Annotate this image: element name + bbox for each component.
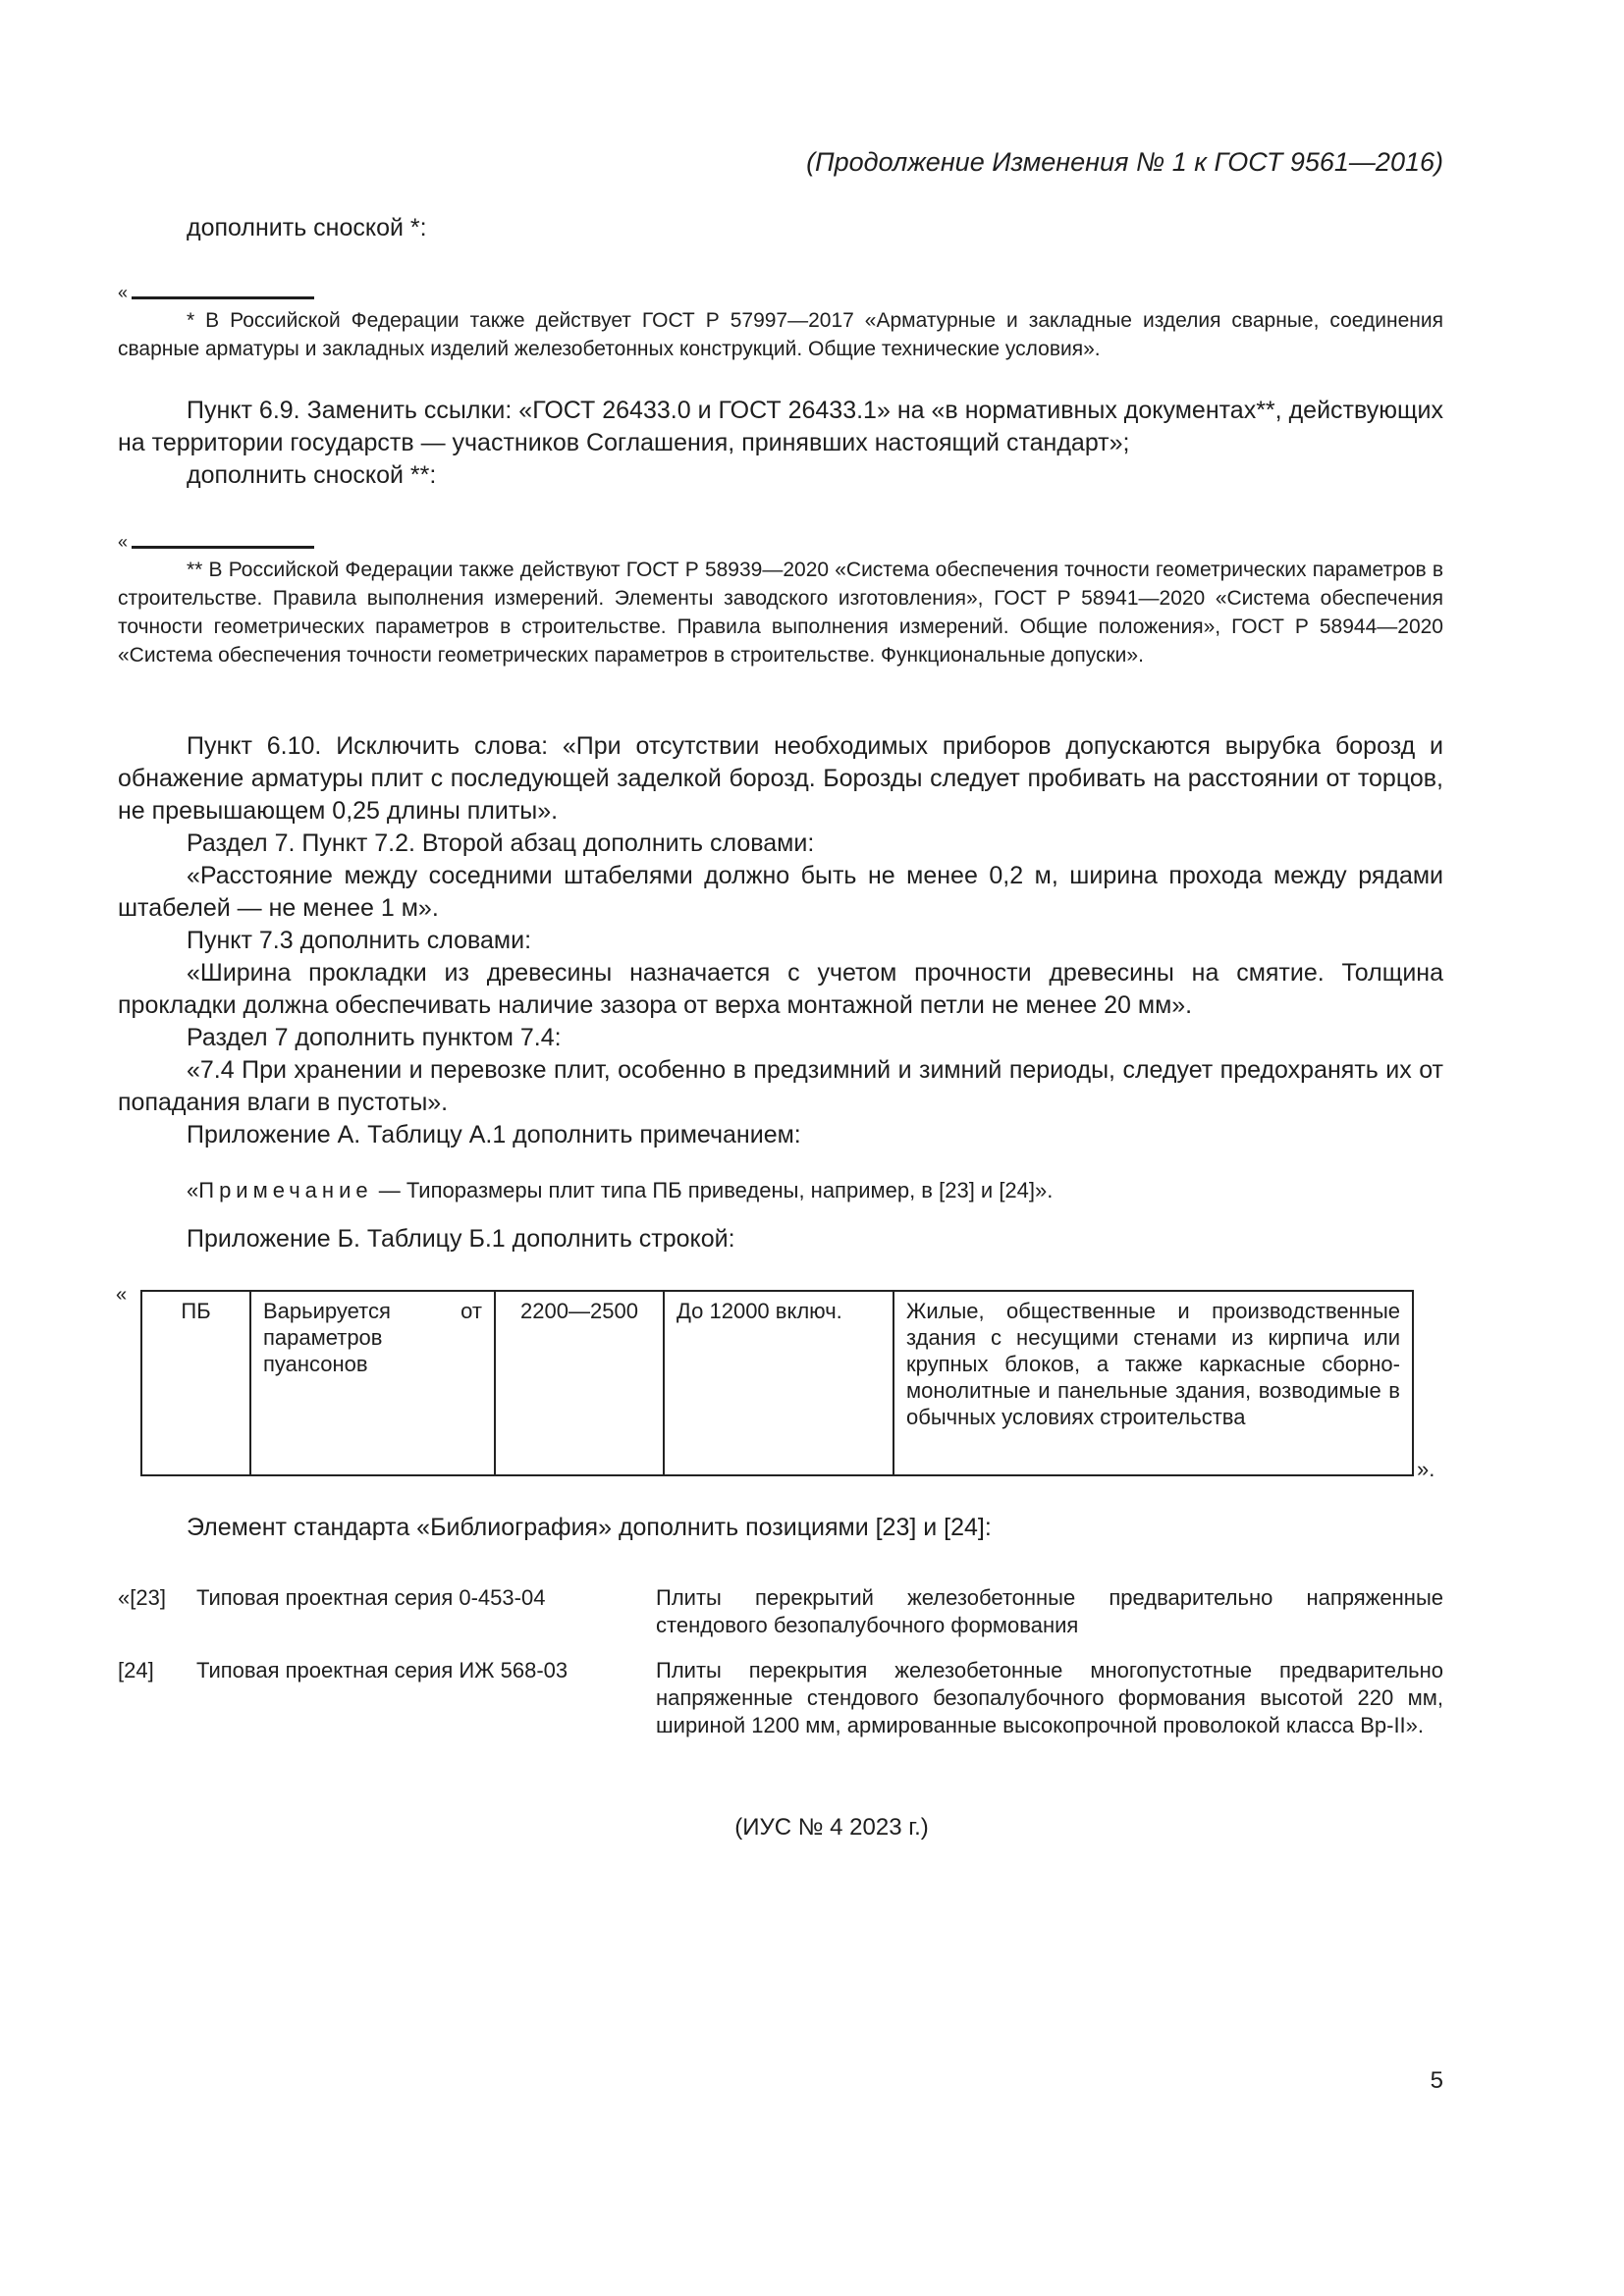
note-text: — Типоразмеры плит типа ПБ приведены, на… [373, 1178, 1054, 1202]
bib-item-24-number: [24] [118, 1657, 154, 1684]
note-open-quote: « [187, 1178, 198, 1202]
appendix-a-note: «Примечание — Типоразмеры плит типа ПБ п… [187, 1176, 1053, 1205]
appendix-b-heading: Приложение Б. Таблицу Б.1 дополнить стро… [118, 1223, 1443, 1255]
bib-item-24-series: Типовая проектная серия ИЖ 568-03 [196, 1657, 568, 1684]
note-label: Примечание [198, 1178, 372, 1202]
cell-application: Жилые, общественные и производственные з… [893, 1291, 1413, 1475]
paragraph-6-9: Пункт 6.9. Заменить ссылки: «ГОСТ 26433.… [118, 395, 1443, 459]
bib-item-23-description: Плиты перекрытий железобетонные предвари… [656, 1584, 1443, 1639]
open-quote: « [118, 283, 128, 303]
footnote-separator-line [132, 296, 314, 299]
paragraph-7-4-text: «7.4 При хранении и перевозке плит, особ… [118, 1054, 1443, 1119]
add-footnote-2: дополнить сноской **: [118, 459, 1443, 492]
page-number: 5 [1431, 2067, 1443, 2095]
cell-type: ПБ [141, 1291, 250, 1475]
footnote-1: * В Российской Федерации также действует… [118, 306, 1443, 363]
paragraph-7-2-heading: Раздел 7. Пункт 7.2. Второй абзац дополн… [118, 828, 1443, 860]
ius-reference: (ИУС № 4 2023 г.) [0, 1814, 1624, 1842]
add-footnote-1: дополнить сноской *: [118, 212, 1443, 244]
cell-width: 2200—2500 [495, 1291, 664, 1475]
table-open-quote: « [116, 1284, 127, 1307]
table-b1-row-addition: ПБ Варьируется от параметров пуансонов 2… [140, 1290, 1414, 1476]
continuation-header: (Продолжение Изменения № 1 к ГОСТ 9561—2… [806, 147, 1443, 178]
paragraph-7-3-heading: Пункт 7.3 дополнить словами: [118, 925, 1443, 957]
cell-length: До 12000 включ. [664, 1291, 893, 1475]
bibliography-heading: Элемент стандарта «Библиография» дополни… [118, 1512, 1443, 1544]
table-row: ПБ Варьируется от параметров пуансонов 2… [141, 1291, 1413, 1475]
bib-item-23-series: Типовая проектная серия 0-453-04 [196, 1584, 545, 1612]
paragraph-7-2-text: «Расстояние между соседними штабелями до… [118, 860, 1443, 925]
paragraph-7-4-heading: Раздел 7 дополнить пунктом 7.4: [118, 1022, 1443, 1054]
footnote-2: ** В Российской Федерации также действую… [118, 556, 1443, 669]
table-close-quote: ». [1417, 1457, 1435, 1482]
open-quote: « [118, 532, 128, 553]
footnote-separator-line [132, 546, 314, 549]
paragraph-7-3-text: «Ширина прокладки из древесины назначает… [118, 957, 1443, 1022]
cell-parameter: Варьируется от параметров пуансонов [250, 1291, 495, 1475]
document-page: (Продолжение Изменения № 1 к ГОСТ 9561—2… [0, 0, 1624, 2296]
bib-item-23-number: «[23] [118, 1584, 166, 1612]
bib-item-24-description: Плиты перекрытия железобетонные многопус… [656, 1657, 1443, 1739]
appendix-a-heading: Приложение А. Таблицу А.1 дополнить прим… [118, 1119, 1443, 1151]
paragraph-6-10: Пункт 6.10. Исключить слова: «При отсутс… [118, 730, 1443, 828]
